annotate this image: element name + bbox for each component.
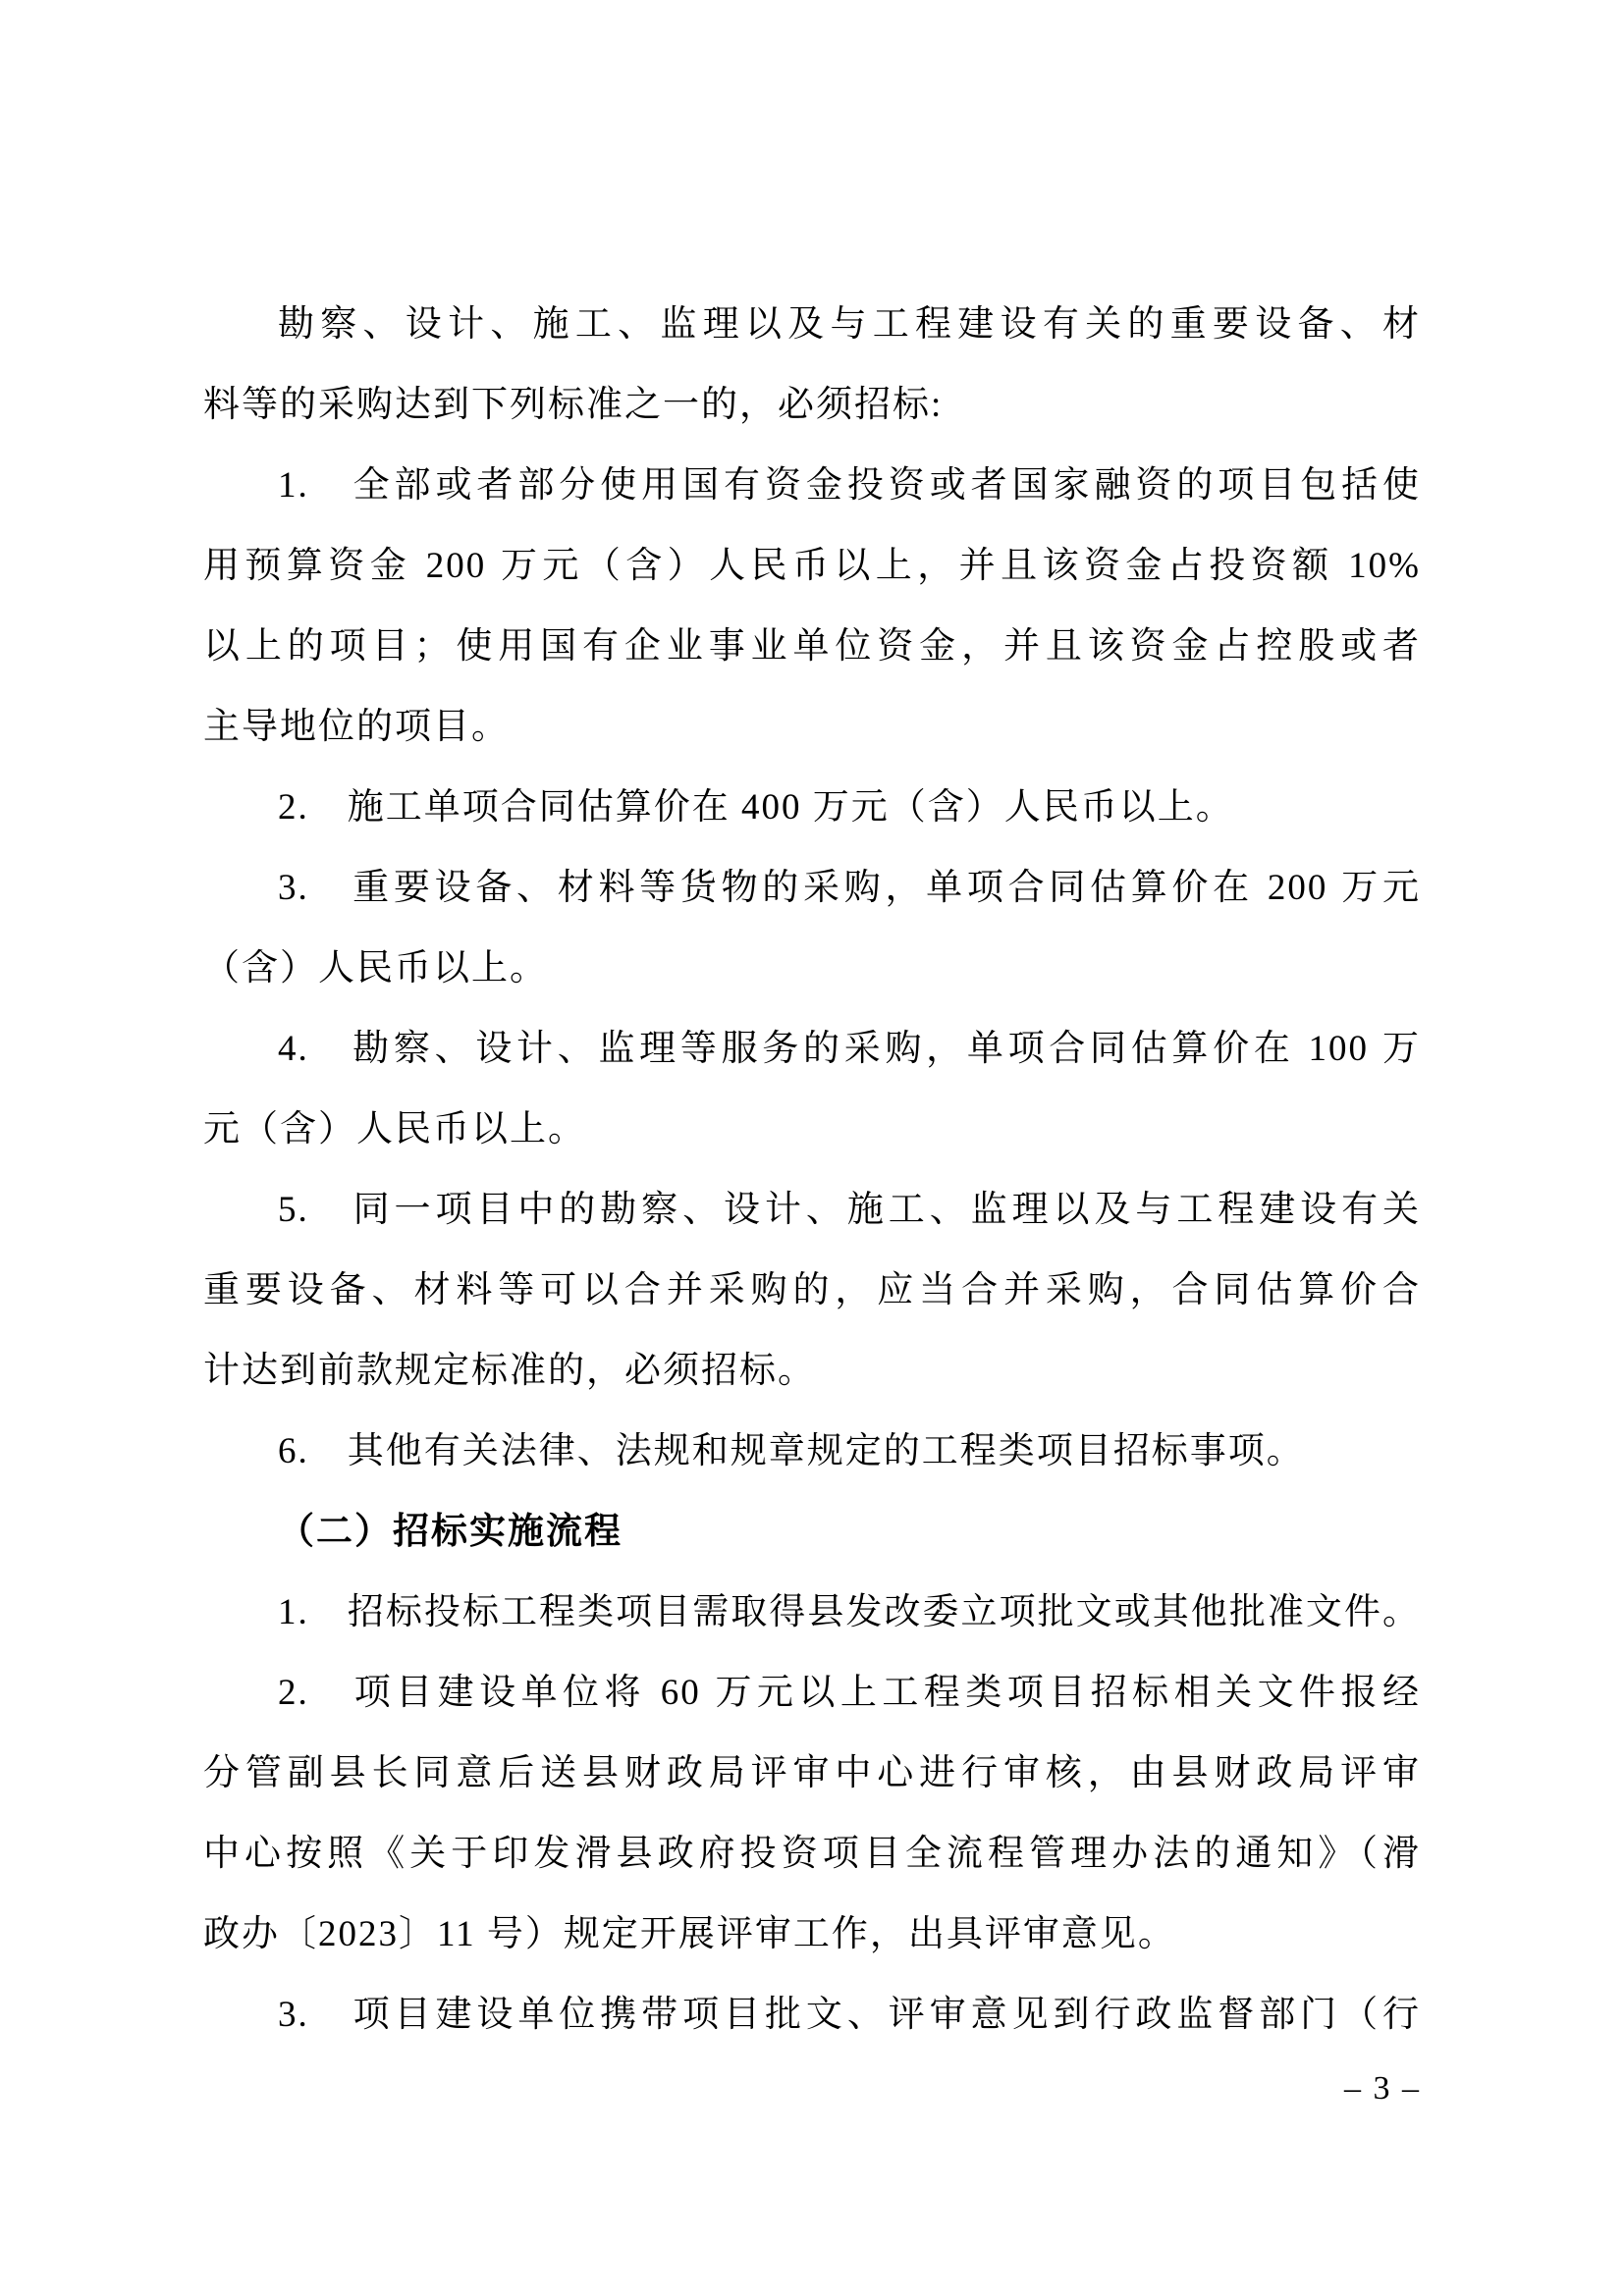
standard-item-6: 6. 其他有关法律、法规和规章规定的工程类项目招标事项。	[203, 1412, 1421, 1492]
body-line: 2. 施工单项合同估算价在 400 万元（含）人民币以上。	[203, 768, 1421, 848]
standard-item-4: 4. 勘察、设计、监理等服务的采购，单项合同估算价在 100 万 元（含）人民币…	[203, 1009, 1421, 1170]
document-page: 勘察、设计、施工、监理以及与工程建设有关的重要设备、材 料等的采购达到下列标准之…	[0, 0, 1624, 2296]
section-heading: （二）招标实施流程	[203, 1492, 1421, 1573]
body-line: （含）人民币以上。	[203, 929, 1421, 1009]
body-line: 料等的采购达到下列标准之一的，必须招标:	[203, 365, 1421, 446]
body-line: 中心按照《关于印发滑县政府投资项目全流程管理办法的通知》（滑	[203, 1814, 1421, 1895]
body-line: 3. 项目建设单位携带项目批文、评审意见到行政监督部门（行	[203, 1975, 1421, 2056]
body-line: 重要设备、材料等可以合并采购的，应当合并采购，合同估算价合	[203, 1251, 1421, 1331]
body-line: 3. 重要设备、材料等货物的采购，单项合同估算价在 200 万元	[203, 848, 1421, 929]
body-line: 1. 全部或者部分使用国有资金投资或者国家融资的项目包括使	[203, 446, 1421, 526]
body-line: 计达到前款规定标准的，必须招标。	[203, 1331, 1421, 1412]
document-body: 勘察、设计、施工、监理以及与工程建设有关的重要设备、材 料等的采购达到下列标准之…	[203, 285, 1421, 2056]
body-line: 以上的项目；使用国有企业事业单位资金，并且该资金占控股或者	[203, 607, 1421, 687]
body-line: 4. 勘察、设计、监理等服务的采购，单项合同估算价在 100 万	[203, 1009, 1421, 1090]
body-line: 5. 同一项目中的勘察、设计、施工、监理以及与工程建设有关	[203, 1170, 1421, 1251]
page-number: – 3 –	[1344, 2067, 1421, 2110]
standard-item-3: 3. 重要设备、材料等货物的采购，单项合同估算价在 200 万元 （含）人民币以…	[203, 848, 1421, 1009]
body-line: 主导地位的项目。	[203, 687, 1421, 768]
process-item-1: 1. 招标投标工程类项目需取得县发改委立项批文或其他批准文件。	[203, 1573, 1421, 1653]
process-item-2: 2. 项目建设单位将 60 万元以上工程类项目招标相关文件报经 分管副县长同意后…	[203, 1653, 1421, 1975]
body-line: 勘察、设计、施工、监理以及与工程建设有关的重要设备、材	[203, 285, 1421, 365]
intro-paragraph: 勘察、设计、施工、监理以及与工程建设有关的重要设备、材 料等的采购达到下列标准之…	[203, 285, 1421, 446]
body-line: 政办〔2023〕11 号）规定开展评审工作，出具评审意见。	[203, 1895, 1421, 1975]
body-line: 2. 项目建设单位将 60 万元以上工程类项目招标相关文件报经	[203, 1653, 1421, 1734]
body-line: 用预算资金 200 万元（含）人民币以上，并且该资金占投资额 10%	[203, 526, 1421, 607]
standard-item-1: 1. 全部或者部分使用国有资金投资或者国家融资的项目包括使 用预算资金 200 …	[203, 446, 1421, 768]
body-line: 元（含）人民币以上。	[203, 1090, 1421, 1170]
body-line: 6. 其他有关法律、法规和规章规定的工程类项目招标事项。	[203, 1412, 1421, 1492]
standard-item-2: 2. 施工单项合同估算价在 400 万元（含）人民币以上。	[203, 768, 1421, 848]
standard-item-5: 5. 同一项目中的勘察、设计、施工、监理以及与工程建设有关 重要设备、材料等可以…	[203, 1170, 1421, 1412]
body-line: 分管副县长同意后送县财政局评审中心进行审核，由县财政局评审	[203, 1734, 1421, 1814]
section-heading-bidding-process: （二）招标实施流程	[203, 1492, 1421, 1573]
body-line: 1. 招标投标工程类项目需取得县发改委立项批文或其他批准文件。	[203, 1573, 1421, 1653]
process-item-3: 3. 项目建设单位携带项目批文、评审意见到行政监督部门（行	[203, 1975, 1421, 2056]
